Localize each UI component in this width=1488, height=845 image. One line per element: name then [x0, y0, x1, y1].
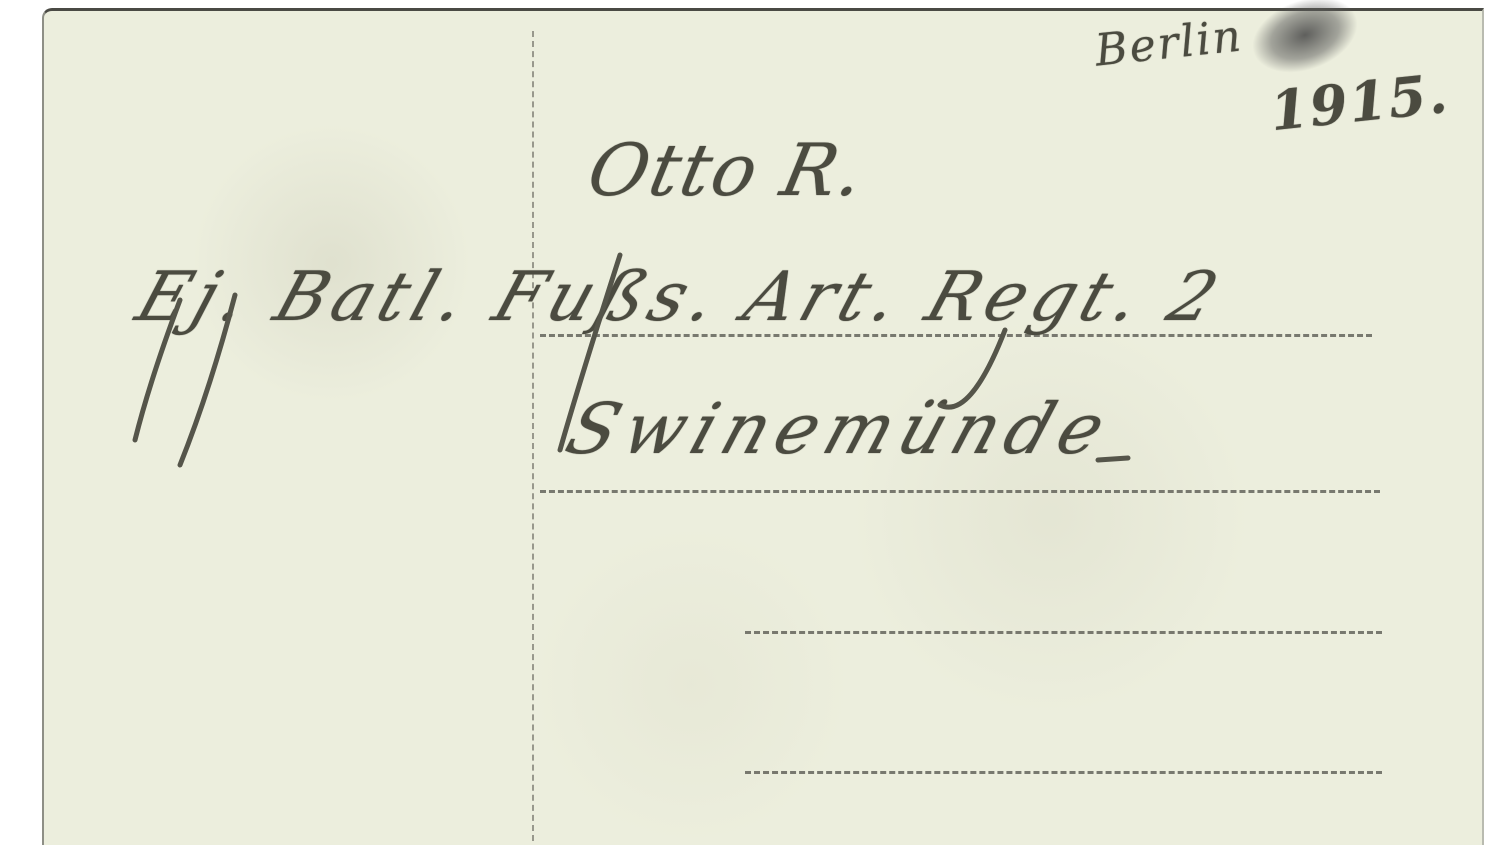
handwriting-descender-strokes: [0, 0, 1488, 845]
